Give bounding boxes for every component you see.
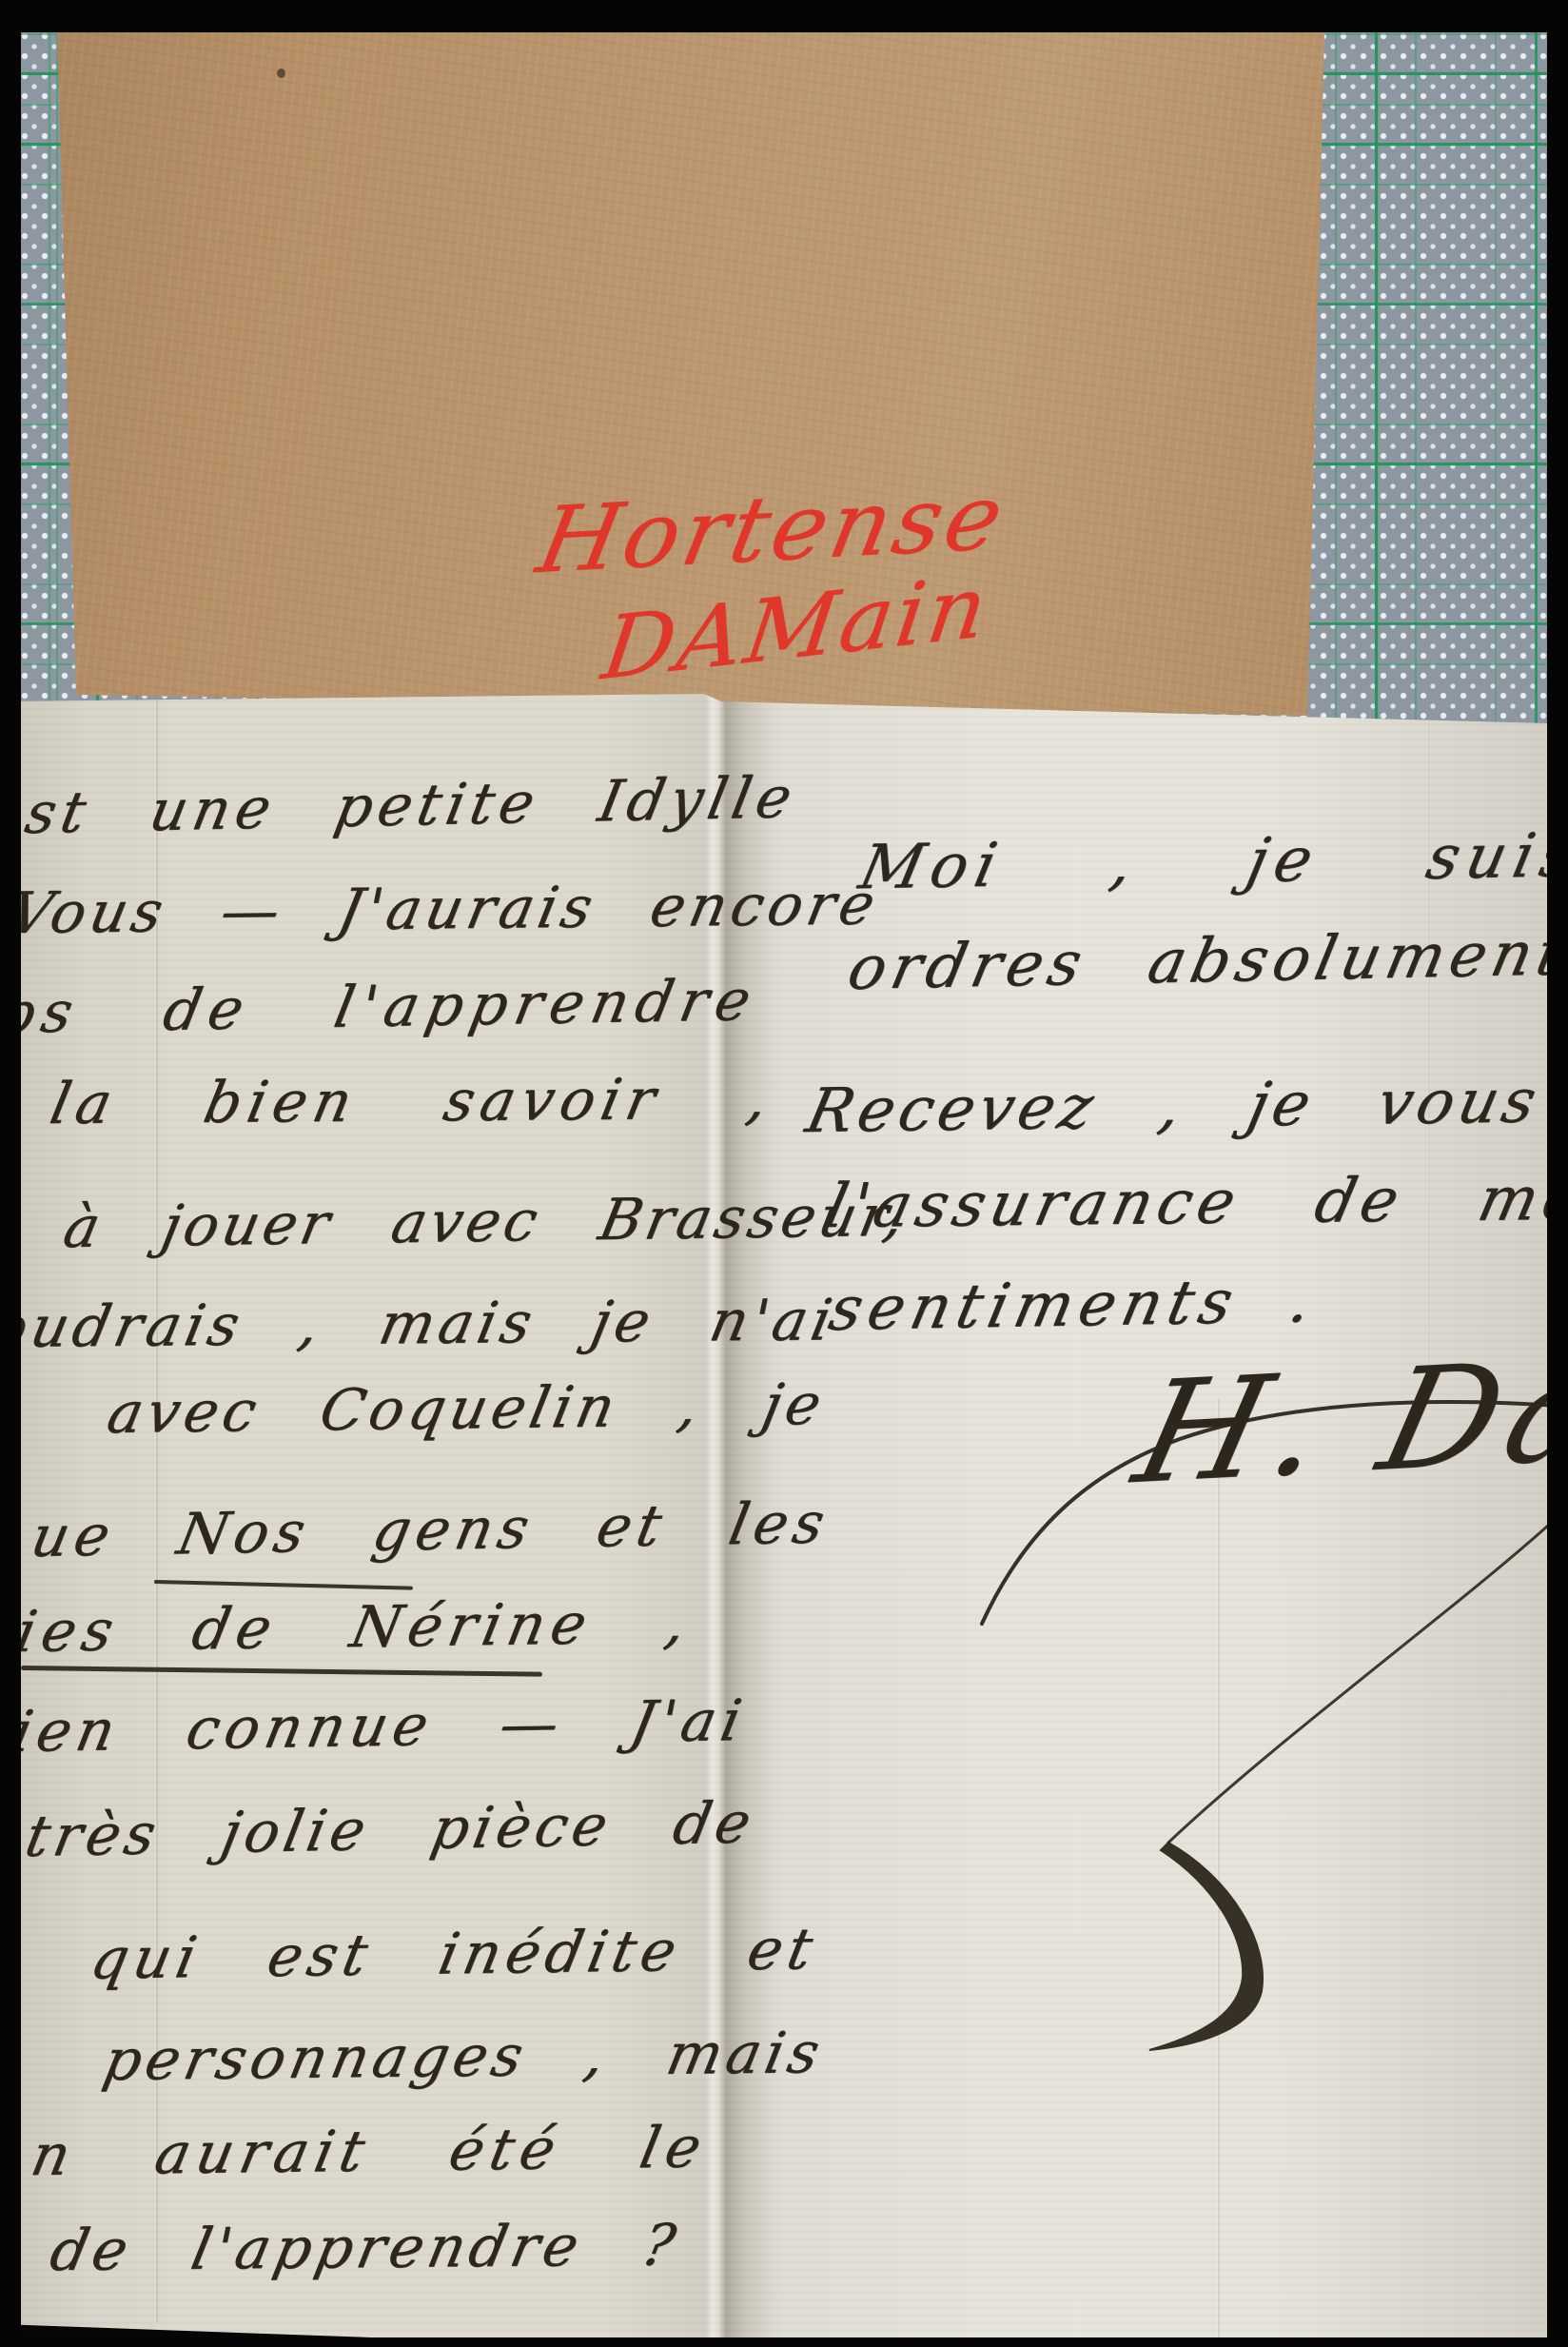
manuscript-line: sentiments . xyxy=(824,1271,1323,1340)
manuscript-line: Vous — J'aurais encore xyxy=(5,876,884,942)
manuscript-line: ies de Nérine , xyxy=(11,1594,697,1661)
envelope-speck xyxy=(277,69,285,78)
manuscript-line: personnages , mais xyxy=(99,2024,829,2089)
manuscript-line: ps de l'apprendre xyxy=(0,972,763,1042)
manuscript-line: n aurait été le xyxy=(27,2119,713,2184)
manuscript-line: à jouer avec Brasseur, xyxy=(59,1188,912,1256)
manuscript-line: oudrais , mais je n'ai xyxy=(0,1292,841,1356)
manuscript-line: ien connue — J'ai xyxy=(8,1692,752,1761)
photo-border-left xyxy=(0,0,21,2347)
manuscript-line: avec Coquelin , je xyxy=(103,1376,831,1442)
signature: H. Da xyxy=(1125,1339,1568,1504)
manuscript-line: l'assurance de mes m xyxy=(820,1167,1568,1237)
manuscript-line: ordres absolument xyxy=(843,923,1568,999)
manuscript-line: de l'apprendre ? xyxy=(46,2217,684,2279)
photo-scene: Hortense DAMain st une petite Idylle Vou… xyxy=(0,0,1568,2347)
manuscript-line: st une petite Idylle xyxy=(21,769,802,842)
manuscript-line: la bien savoir , xyxy=(46,1071,779,1133)
photo-border-top xyxy=(0,0,1568,32)
photo-border-right xyxy=(1547,0,1568,2347)
manuscript-line: très jolie pièce de xyxy=(21,1794,760,1865)
manuscript-line: Recevez , je vous prie , xyxy=(801,1067,1568,1142)
manuscript-line: ue Nos gens et les xyxy=(27,1494,834,1566)
manuscript-line: Moi , je suis à v xyxy=(854,819,1568,898)
photo-border-bottom xyxy=(0,2337,1568,2347)
manuscript-line: , qui est inédite et xyxy=(0,1921,823,1989)
